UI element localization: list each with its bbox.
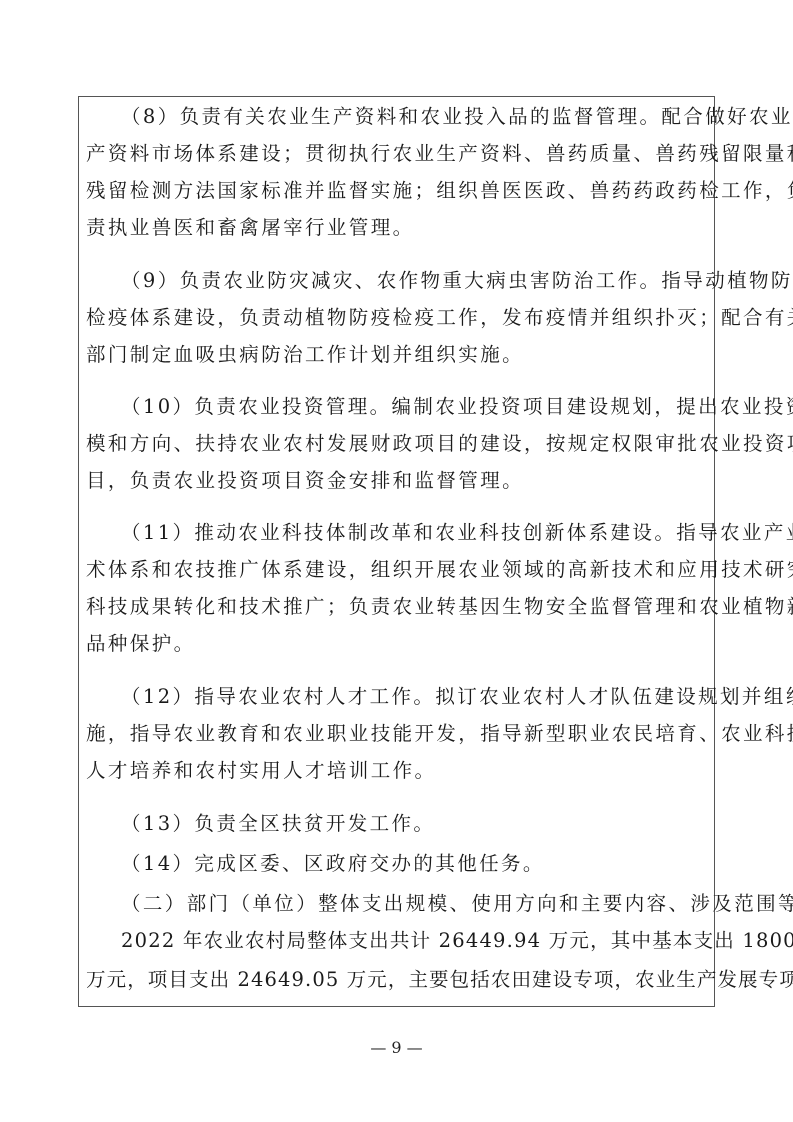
paragraph-item-9-line-1: （9）负责农业防灾减灾、农作物重大病虫害防治工作。指导动植物防疫 bbox=[121, 262, 708, 299]
paragraph-item-11-line-2: 术体系和农技推广体系建设，组织开展农业领域的高新技术和应用技术研究、 bbox=[86, 551, 708, 588]
section-2-heading: （二）部门（单位）整体支出规模、使用方向和主要内容、涉及范围等 bbox=[121, 885, 708, 922]
paragraph-item-14: （14）完成区委、区政府交办的其他任务。 bbox=[121, 845, 708, 882]
expenditure-summary-line-1: 2022 年农业农村局整体支出共计 26449.94 万元，其中基本支出 180… bbox=[121, 922, 708, 959]
paragraph-item-12-line-1: （12）指导农业农村人才工作。拟订农业农村人才队伍建设规划并组织实 bbox=[121, 678, 708, 715]
paragraph-item-10-line-2: 模和方向、扶持农业农村发展财政项目的建设，按规定权限审批农业投资项 bbox=[86, 425, 708, 462]
page-number: — 9 — bbox=[0, 1038, 793, 1057]
paragraph-item-11-line-4: 品种保护。 bbox=[86, 625, 708, 662]
paragraph-item-8-line-1: （8）负责有关农业生产资料和农业投入品的监督管理。配合做好农业生 bbox=[121, 98, 708, 135]
paragraph-item-11-line-1: （11）推动农业科技体制改革和农业科技创新体系建设。指导农业产业技 bbox=[121, 514, 708, 551]
paragraph-item-8-line-4: 责执业兽医和畜禽屠宰行业管理。 bbox=[86, 209, 708, 246]
paragraph-item-8-line-3: 残留检测方法国家标准并监督实施；组织兽医医政、兽药药政药检工作，负 bbox=[86, 172, 708, 209]
expenditure-summary-line-2: 万元，项目支出 24649.05 万元，主要包括农田建设专项，农业生产发展专项， bbox=[86, 961, 708, 998]
paragraph-item-10-line-1: （10）负责农业投资管理。编制农业投资项目建设规划，提出农业投资规 bbox=[121, 388, 708, 425]
paragraph-item-12-line-3: 人才培养和农村实用人才培训工作。 bbox=[86, 752, 708, 789]
paragraph-item-8-line-2: 产资料市场体系建设；贯彻执行农业生产资料、兽药质量、兽药残留限量和 bbox=[86, 135, 708, 172]
paragraph-item-13: （13）负责全区扶贫开发工作。 bbox=[121, 805, 708, 842]
paragraph-item-9-line-2: 检疫体系建设，负责动植物防疫检疫工作，发布疫情并组织扑灭；配合有关 bbox=[86, 299, 708, 336]
paragraph-item-9-line-3: 部门制定血吸虫病防治工作计划并组织实施。 bbox=[86, 336, 708, 373]
paragraph-item-11-line-3: 科技成果转化和技术推广；负责农业转基因生物安全监督管理和农业植物新 bbox=[86, 588, 708, 625]
paragraph-item-10-line-3: 目，负责农业投资项目资金安排和监督管理。 bbox=[86, 462, 708, 499]
paragraph-item-12-line-2: 施，指导农业教育和农业职业技能开发，指导新型职业农民培育、农业科技 bbox=[86, 715, 708, 752]
